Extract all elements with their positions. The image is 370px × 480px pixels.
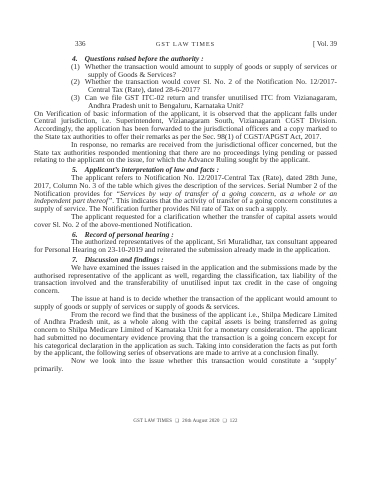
item-marker: (1): [71, 62, 80, 71]
paragraph: We have examined the issues raised in th…: [34, 264, 337, 295]
text-segment: We have examined the issues raised in th…: [34, 263, 337, 295]
question-item: (2)Whether the transaction would cover S…: [34, 78, 337, 94]
text-segment: Can we file GST ITC-02 return and transf…: [85, 93, 337, 110]
paragraph: The authorized representatives of the ap…: [34, 238, 337, 254]
text-segment: The authorized representatives of the ap…: [34, 237, 337, 254]
paragraph: From the record we find that the busines…: [34, 311, 337, 358]
footer-separator-icon: ❑: [175, 418, 179, 423]
paragraph: On Verification of basic information of …: [34, 110, 337, 141]
item-marker: (3): [71, 93, 80, 102]
text-segment: Whether the transaction would amount to …: [85, 62, 337, 79]
page-footer: GST LAW TIMES❑26th August 2020❑122: [34, 418, 337, 425]
document-page: 336 GST LAW TIMES [ Vol. 39 4.Questions …: [0, 0, 370, 480]
journal-title: GST LAW TIMES: [129, 41, 242, 49]
page-number: 336: [34, 40, 129, 48]
paragraph: The applicant refers to Notification No.…: [34, 174, 337, 213]
text-segment: On Verification of basic information of …: [34, 109, 337, 141]
text-segment: From the record we find that the busines…: [34, 310, 337, 358]
footer-date: 26th August 2020: [182, 419, 219, 424]
item-marker: (2): [71, 77, 80, 86]
text-segment: The issue at hand is to decide whether t…: [34, 294, 337, 311]
paragraph: The applicant requested for a clarificat…: [34, 213, 337, 229]
paragraph: Now we look into the issue whether this …: [34, 357, 337, 373]
text-segment: The applicant requested for a clarificat…: [34, 212, 337, 229]
footer-page-ref: 122: [230, 419, 238, 424]
text-segment: In response, no remarks are received fro…: [34, 140, 337, 165]
footer-journal: GST LAW TIMES: [133, 419, 172, 424]
page-header: 336 GST LAW TIMES [ Vol. 39: [34, 40, 337, 49]
text-segment: Now we look into the issue whether this …: [34, 356, 337, 373]
paragraph: In response, no remarks are received fro…: [34, 141, 337, 164]
text-segment: Whether the transaction would cover Sl. …: [85, 77, 337, 94]
question-item: (3)Can we file GST ITC-02 return and tra…: [34, 94, 337, 110]
volume-label: [ Vol. 39: [242, 40, 337, 48]
footer-separator-icon: ❑: [223, 418, 227, 423]
paragraph: The issue at hand is to decide whether t…: [34, 295, 337, 311]
document-body: 4.Questions raised before the authority …: [34, 55, 337, 373]
question-item: (1)Whether the transaction would amount …: [34, 63, 337, 79]
